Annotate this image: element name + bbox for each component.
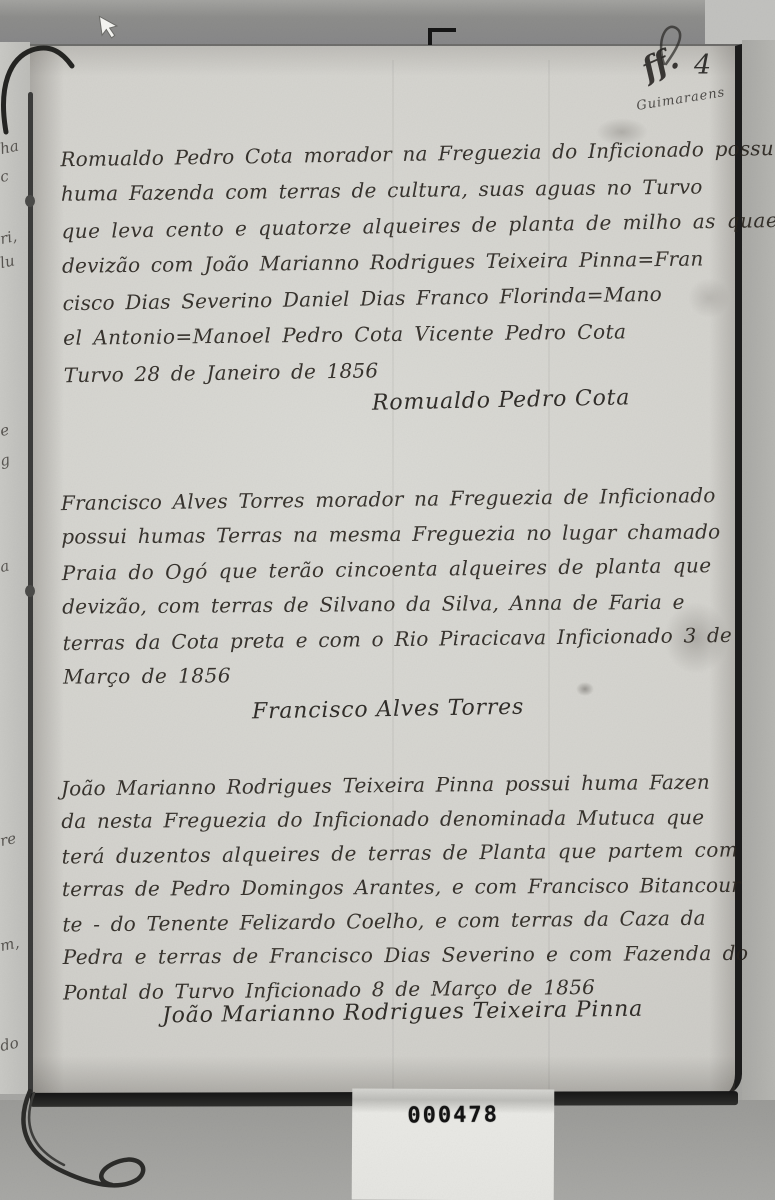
signature-francisco: Francisco Alves Torres bbox=[252, 695, 524, 725]
manuscript-line: João Marianno Rodrigues Teixeira Pinna p… bbox=[61, 765, 729, 806]
manuscript-line: terras de Pedro Domingos Arantes, e com … bbox=[62, 868, 730, 906]
binding-knot bbox=[25, 195, 35, 207]
binding-knot bbox=[25, 585, 35, 597]
folio-loop-flourish bbox=[652, 18, 692, 68]
corner-registration-mark bbox=[428, 28, 456, 45]
mouse-cursor-icon bbox=[96, 11, 124, 42]
archive-label: 000478 bbox=[352, 1088, 555, 1200]
archive-stamp-number: 000478 bbox=[407, 1102, 499, 1128]
manuscript-line: devizão com João Marianno Rodrigues Teix… bbox=[62, 240, 730, 284]
registry-entry-1: Romualdo Pedro Cota morador na Freguezia… bbox=[60, 131, 732, 393]
manuscript-line: huma Fazenda com terras de cultura, suas… bbox=[61, 168, 729, 212]
manuscript-line: terá duzentos alqueires de terras de Pla… bbox=[61, 833, 729, 874]
manuscript-line: el Antonio=Manoel Pedro Cota Vicente Ped… bbox=[63, 312, 731, 356]
folio-number: 4 bbox=[694, 50, 711, 81]
manuscript-line: possui humas Terras na mesma Freguezia n… bbox=[61, 514, 729, 554]
manuscript-line: da nesta Freguezia do Inficionado denomi… bbox=[61, 800, 729, 838]
manuscript-line: Pedra e terras de Francisco Dias Severin… bbox=[63, 936, 731, 974]
manuscript-date-line: Março de 1856 bbox=[63, 654, 731, 694]
scanned-manuscript-photo: ff. 4 Guimaraens Romualdo Pedro Cota mor… bbox=[0, 0, 775, 1200]
manuscript-line: devizão, com terras de Silvano da Silva,… bbox=[62, 584, 730, 624]
registry-entry-2: Francisco Alves Torres morador na Fregue… bbox=[61, 478, 732, 696]
registry-entry-3: João Marianno Rodrigues Teixeira Pinna p… bbox=[61, 765, 731, 1010]
binding-thread bbox=[8, 1085, 178, 1200]
manuscript-line: te - do Tenente Felizardo Coelho, e com … bbox=[62, 901, 730, 942]
binding-cord-top bbox=[0, 20, 95, 140]
